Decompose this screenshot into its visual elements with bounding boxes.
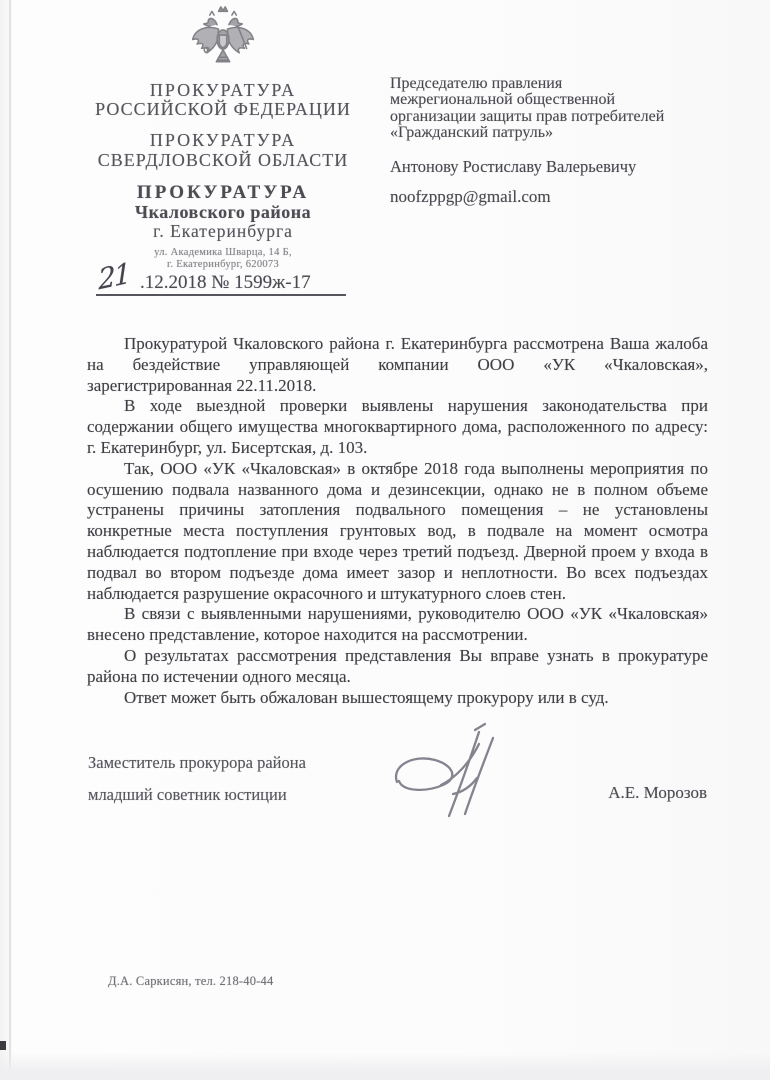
recipient-line: Председателю правления [390, 76, 720, 92]
letterhead-address-line: ул. Академика Шварца, 14 Б, [58, 247, 388, 258]
date-number-typed: .12.2018 № 1599ж-17 [140, 272, 311, 293]
letterhead-office-name: ПРОКУРАТУРА [58, 182, 388, 204]
executor-contact: Д.А. Саркисян, тел. 218-40-44 [108, 974, 273, 989]
recipient-email: noofzppgp@gmail.com [390, 187, 730, 207]
signature-scribble-icon [383, 722, 511, 824]
date-number-line: 21 .12.2018 № 1599ж-17 [96, 268, 346, 296]
signer-name: А.Е. Морозов [575, 783, 707, 803]
recipient-block: Председателю правления межрегиональной о… [390, 76, 720, 141]
letterhead-org-line: СВЕРДЛОВСКОЙ ОБЛАСТИ [58, 150, 388, 171]
signer-position-line: младший советник юстиции [88, 785, 287, 805]
handwritten-day: 21 [98, 258, 130, 295]
body-paragraph: Прокуратурой Чкаловского района г. Екате… [87, 334, 708, 396]
letterhead-office-name: Чкаловского района [58, 202, 388, 223]
recipient-name: Антонову Ростиславу Валерьевичу [390, 157, 730, 177]
body-paragraph: В связи с выявленными нарушениями, руков… [87, 604, 708, 646]
scan-speck [0, 1041, 6, 1050]
body-paragraph: Так, ООО «УК «Чкаловская» в октябре 2018… [87, 459, 708, 605]
body-paragraph: О результатах рассмотрения представления… [87, 646, 708, 688]
letter-body: Прокуратурой Чкаловского района г. Екате… [87, 334, 708, 708]
letterhead-org-line: ПРОКУРАТУРА [58, 130, 388, 151]
letterhead-org-line: ПРОКУРАТУРА [58, 80, 388, 101]
body-paragraph: Ответ может быть обжалован вышестоящему … [87, 688, 708, 709]
recipient-line: организации защиты прав потребителей [390, 109, 720, 125]
document-page: ПРОКУРАТУРА РОССИЙСКОЙ ФЕДЕРАЦИИ ПРОКУРА… [0, 0, 770, 1080]
signer-position-line: Заместитель прокурора района [88, 753, 306, 773]
letterhead-office-city: г. Екатеринбурга [58, 221, 388, 242]
scan-edge-shadow [9, 0, 11, 1080]
letterhead-org-line: РОССИЙСКОЙ ФЕДЕРАЦИИ [58, 99, 388, 120]
recipient-line: «Гражданский патруль» [390, 125, 720, 141]
body-paragraph: В ходе выездной проверки выявлены наруше… [87, 396, 708, 458]
scan-bottom-band [0, 1052, 770, 1080]
coat-of-arms-icon [186, 4, 260, 78]
recipient-line: межрегиональной общественной [390, 92, 720, 108]
